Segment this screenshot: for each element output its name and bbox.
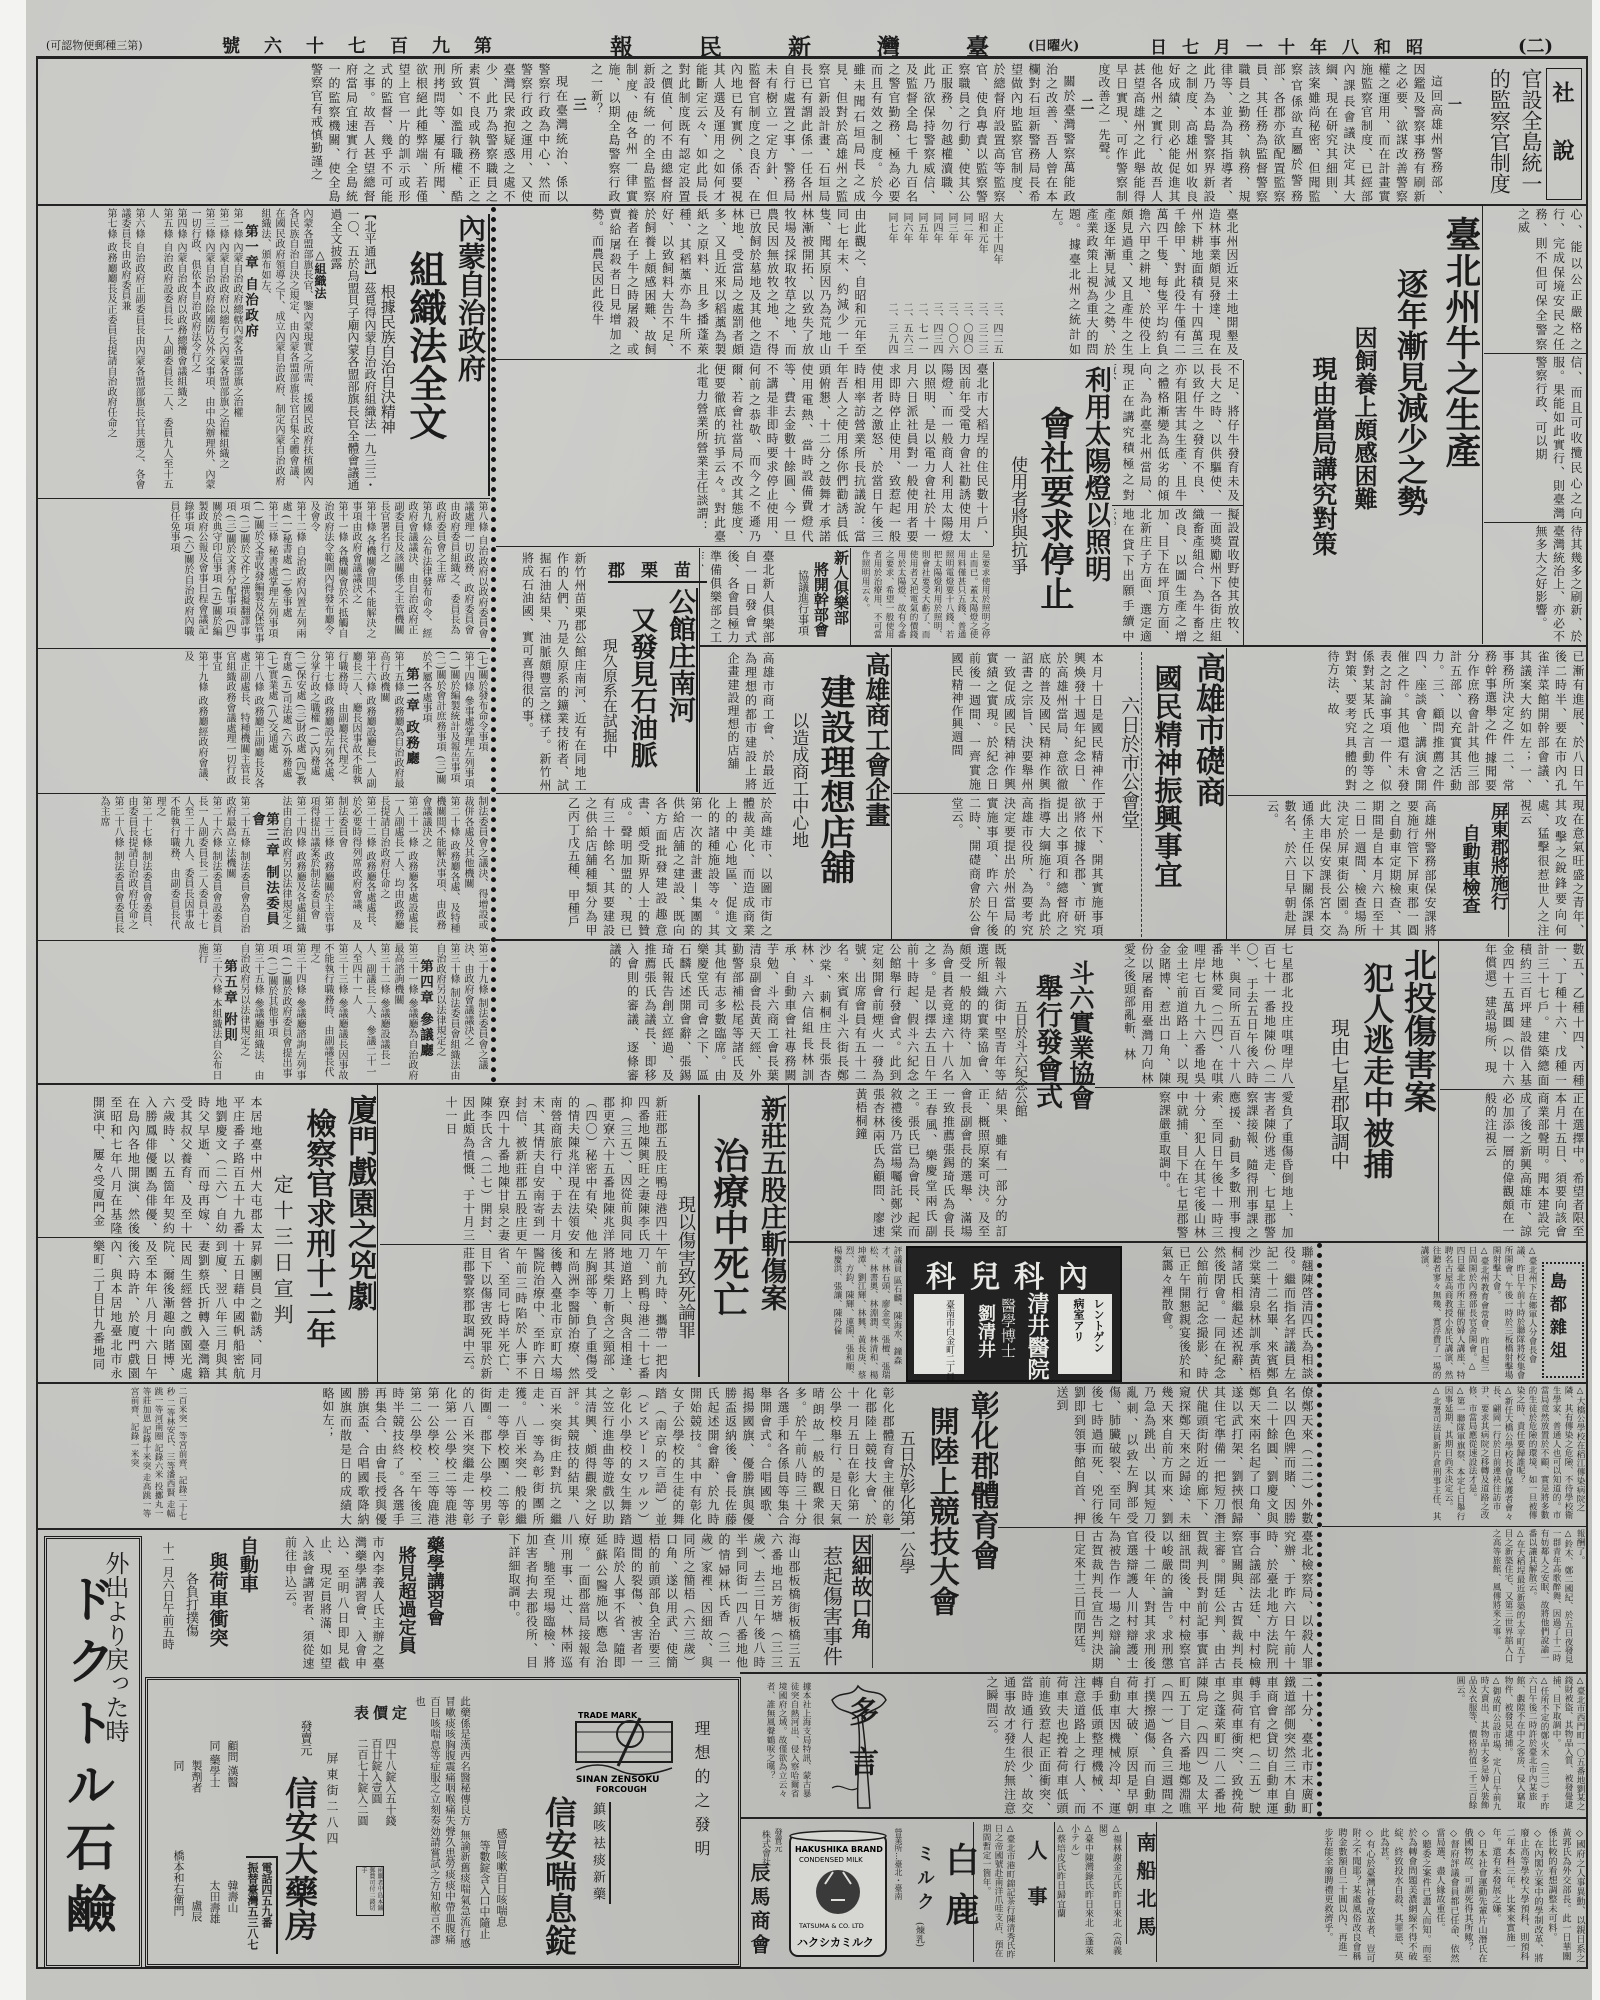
rule-jinji [1054, 1822, 1055, 1962]
editorial-section-number: 二 [1077, 63, 1095, 203]
club-headline-1: 新人俱樂部 [833, 550, 849, 644]
rule-row4-v1 [1438, 941, 1439, 1241]
beitou-headline-3: 現由七星郡取調中 [1328, 948, 1349, 1236]
beitou-headline-1: 北投傷害案 [1400, 948, 1436, 1236]
newspaper-page: (二) 昭和八年十一月七日 (火曜日) 臺灣新民報 第九百七十六號 (第三種郵便… [0, 0, 1600, 2000]
law-article: 第三十三條 參議廳議長因事故不能執行職務時、由副議長代理之 [306, 943, 348, 1081]
sinan-ad: 理想的之發明 TRADE MARK SINAN ZENSOKU FORCOUGH… [145, 1677, 741, 1967]
sun-lamp-headline-3: 使用者將與抗爭 [1008, 366, 1026, 644]
car-collision-headline-2: 與荷車衝突 [207, 1536, 228, 1672]
table-year: 同二年 [959, 212, 974, 244]
law-article: 第二十九條 制法委員會之議決、由政府會議議決之 [460, 943, 488, 1081]
car-collision-body-start: 十一月六日午前五時 [161, 1536, 174, 1672]
inner-mongolia-subtitle: 根據民族自治自決精神 [380, 214, 396, 496]
editorial-title: 官設全島統一 的監察官制度 [1466, 68, 1542, 202]
law-article: 第十一條 各機關會於不抵觸自治政府法令範圍內得發布廳令及會令 [306, 501, 348, 645]
changhua-headline: 彰化郡體育會 開陸上競技大會 五日於彰化第一公學 [900, 1390, 998, 1670]
rule-row5-xz [380, 1244, 670, 1245]
sinan-staff-role-3: 製劑者 [188, 1760, 204, 1793]
law-article: 第二十四條 政務廳及各處組織法由自治政府另以法律規定之 [278, 796, 306, 938]
law-chapter-4: 第四章 參議廳 [418, 943, 432, 1081]
rule-row2-mid [496, 359, 1242, 360]
rule-row6-bottom [36, 1528, 900, 1530]
douliu-headline-3: 五日於斗六紀念公館 [1012, 960, 1026, 1238]
cattle-stats-table: 大正十四年三、四二五 昭和元年三、三二三 同二年三、〇四〇 同三年三、〇〇六 同… [872, 212, 1004, 356]
cattle-headline-3: 因飼養上頗感困難 [1351, 216, 1376, 644]
douliu-body-3: 聯翹陳啓清四氏為相談役。繼而指名評議員左記二十二名畢、來賓鄭沙棠葉清泉林訓承黃梧… [1125, 1246, 1315, 1380]
sun-lamp-body: 臺北市大稻埕的住民數十戶、因前年受電力會社勸誘使用太陽燈、而一般商人利用太陽燈以… [498, 363, 990, 543]
tagen-column: 多言 據本社上海支局特訊、蒙古暴徒突自熱河出、侵入察哈爾省境國府之域。故僅欲為立… [742, 1676, 896, 1814]
kaohsiung-shops-body-1: 高雄市商工會、於最近為理想的都市建設上將企畫建設理想的店舖 [702, 652, 776, 791]
xiamen-headline-3: 定十三日宣判 [271, 1094, 293, 1380]
law-article: 第九條 公布法律發布命令、經政府會議議決、由自治政府正副委員長及該關係之主管機關… [376, 501, 432, 645]
clinic-doctor: 劉清井 [972, 1304, 998, 1358]
pharmacy-headline-2: 將見超過定員 [396, 1536, 415, 1670]
douliu-headline-2: 舉行發會式 [1032, 960, 1061, 1238]
editorial-section-number: 一 [1445, 63, 1463, 203]
table-year: 同六年 [899, 212, 914, 244]
kaohsiung-shops-body-2: 於高雄市、以圖市街之體裁美化、而造成商業上的中心地區、促進文化的諸種施設等々。其… [498, 797, 774, 937]
rule-law-2 [38, 648, 490, 649]
kaohsiung-spirit-headline: 高雄市礎商 國民精神振興事宜 六日於市公會堂 [1108, 652, 1224, 937]
rule-law-3 [38, 793, 490, 794]
law-chapter-2: 第二章 政務廳 [404, 651, 418, 791]
note-item: ◇國府之人事異動、以親日系之黃郛氏為外交部長。此一日華關係比較的看想調整未可料。 [1544, 1822, 1586, 1964]
miaoli-label: 苗栗郡 [608, 556, 707, 583]
law-article: 第二十條 政務廳各處、及特種機關間不能解決事項、由政務會議議決之 [418, 796, 460, 938]
sinan-trademark-text: TRADE MARK [578, 1711, 638, 1720]
rule-row5-v2 [788, 1085, 789, 1382]
douliu-body-2: 結果、雖有一部分的訂正、概照原案可決。及至會長副會長的選舉、滿場一致推薦張錫琦氏… [791, 1088, 1009, 1238]
cattle-headline-2: 逐年漸見減少之勢 [1392, 216, 1425, 644]
law-article: 第十四條 參事處掌理左列事項 (一)關於編製統計及報告事項 (二)關於會計庶務事… [418, 651, 474, 791]
list-item: △鈴木、鄭二國紀、於五日夜發見一群青年高歌醉舞、因過了十二時有妨鄰人之安眠、故將… [1526, 1529, 1574, 1670]
note-item: ◇督府評議會員都已任命、依然當局選、盡人緣故重任。 [1432, 1822, 1460, 1964]
rule-toto-2 [1322, 1526, 1586, 1527]
rule-edtail-1 [1484, 353, 1586, 354]
xinzhuang-body-2: 午前九時、攜帶一把肉刀、到鴨母港二十七番地道路上、與含相逢、將其柴刀斬含之頸部、… [381, 1247, 669, 1380]
sinan-product: 信安喘息錠 [536, 1796, 582, 1956]
rule-row3-v2 [1226, 648, 1227, 939]
list-item: △臺北市港町錦記茶行陳清秀氏昨日之帝國號赴南洋爪哇支店、預在期間暫定一箇年。 [980, 1824, 1016, 1962]
table-row: 同五年二、七一一 [914, 212, 929, 354]
xinzhuang-headline: 新莊五股庄斬傷案 治療中死亡 現以傷害致死論罪 [672, 1095, 786, 1377]
beitou-body-2: 愛負了重傷昏倒地上、加害者陳份逃走、七星郡警察課接報、隨得刑事課之應援、動員多數… [1127, 1091, 1295, 1239]
toto-zatsuso-band-2: △大橋公學校在稻江傳染病院之隣、其有傳染之危險、不待學校衛生學家、普通人也可以知… [1324, 1386, 1586, 1524]
kaohsiung-spirit-body-2: 于州下、開其實施事項欲將依據各郡、市研究提出之事項和總督府之指導大綱施行。為此於… [895, 797, 1105, 937]
quarrel-headline-2: 惹起傷害事件 [820, 1534, 842, 1668]
editorial-label-box: 社說 [1546, 68, 1582, 200]
pharmacy-headline: 藥學講習會 將見超過定員 [390, 1536, 444, 1670]
list-item: △臺北州下在鄉軍人分會長會議、昨日午前十時於聯隊將校集會所開會、午後一時於三板橋… [1490, 1246, 1538, 1380]
law-article: 第十三條 秘書處掌理左列事項 (一)關於文書收發編製及保管事項 (二)關於文件之… [166, 501, 278, 645]
rule-row3-right [1228, 795, 1586, 796]
xiamen-headline-2: 檢察官求刑十二年 [301, 1094, 333, 1380]
club-headline: 新人俱樂部 將開幹部會 協議進行事項 [777, 550, 849, 644]
list-item: △臺北市西門町一〇五番地劉某之錢財被盜、其物品入質、被發覺逮捕、目下取調中。 [1550, 1676, 1586, 1815]
toto-zatsuso-band-3: 報酬了。 △鈴木、鄭二國紀、於五日夜發見一群青年高歌醉舞、因過了十二時有妨鄰人之… [1324, 1529, 1586, 1670]
kaohsiung-shops-body-4: 正在選擇中。希望者限至本月十五日、須要向該會商業部聲明。聞本建設完成了後之新興高… [1442, 1092, 1586, 1238]
law-chapter-5: 第五章 附則 [222, 943, 236, 1081]
xiamen-body-4: 臺北檢察局、以殺人罪究辦、于昨六日午前十時、於臺北地方法院刑事合議部法廷、中村檢… [1000, 1530, 1315, 1670]
quarrel-headline: 因細故口角 惹起傷害事件 [806, 1534, 873, 1668]
frame-right [1586, 56, 1588, 1969]
inner-mongolia-part-3: (七)關於發布命令事項 第十四條 參事處掌理左列事項 (一)關於編製統計及報告事… [40, 651, 488, 791]
editorial-title-line-1: 官設全島統一 [1519, 68, 1542, 202]
changhua-headline-1: 彰化郡體育會 [966, 1390, 998, 1670]
table-count: 二、五六三 [899, 302, 914, 355]
note-item: ◇聽委之案件已盡人而知。而至於為轉會問題美濃網線不得不破綻、終致投水自殺、其罪惡… [1376, 1822, 1432, 1964]
miaoli-body: 新竹州苗栗郡公館庄南河、近有在同地工作的人們、乃是久原系的鑛業技術者、試掘石油結… [498, 552, 588, 792]
sinan-postage-note: 函購者中島本舖郵費可付二錢切手 [356, 1866, 384, 1916]
club-body-continued: 已漸有進展、於八日午後二時半、要在市內孔雀洋菜館開幹部會議、其議案大約如左；一、… [1230, 650, 1586, 792]
list-item: △任所不定的鄭火木（三二）于昨六日午後二時許於臺北市內某旅館、覷隙不在中之客房、… [1502, 1676, 1550, 1815]
milk-can-brand: HAKUSHIKA BRAND [795, 1845, 883, 1854]
rule-row8-bottom [740, 1817, 1586, 1819]
issue-number: 第九百七十六號 [222, 32, 516, 58]
table-year: 昭和元年 [974, 212, 989, 254]
toto-zatsuso-band-1: △臺北州下在鄉軍人分會長會議、昨日午前十時於聯隊將校集會所開會、午後一時於三板橋… [1324, 1246, 1538, 1380]
rule-law-4 [38, 940, 490, 941]
beitou-headline: 北投傷害案 犯人逃走中被捕 現由七星郡取調中 [1298, 948, 1436, 1236]
douliu-councilors: 評議員 區石麟、陳海水、鐘森才、林石頭、廖金堂、張檀、張瑞松、林書奧、林淵潤、林… [791, 1246, 903, 1380]
table-year: 同四年 [929, 212, 944, 244]
pharmacy-headline-1: 藥學講習會 [425, 1536, 444, 1670]
clinic-xray-box: レントゲン 病室アリ [1058, 1294, 1112, 1374]
frame-left [36, 56, 38, 1969]
milk-ad: 白鹿 ミルク (煉乳) 營業所…臺北・臺南 HAKUSHIKA BRAND CO… [745, 1822, 971, 1964]
xinzhuang-headline-2: 治療中死亡 [709, 1095, 748, 1377]
milk-seller-label: 發賣元 [773, 1828, 784, 1852]
toto-zatsuso-label: 島都雜俎 [1544, 1264, 1577, 1364]
editorial-section-text: 這回高雄州警務部、因鑑及警察事務有刷新之必要、欲謀改善警察權之運用、而在計畫實施… [1095, 63, 1445, 203]
car-collision-headline-1: 自動車 [237, 1536, 258, 1672]
toto-zatsuso-band-4: △臺北市西門町一〇五番地劉某之錢財被盜、其物品入質、被發覺逮捕、目下取調中。 △… [1324, 1676, 1586, 1815]
clinic-address-box: 臺南市白金町二丁目 [914, 1294, 964, 1374]
law-chapter-3: 第三章 制法委員會 [250, 796, 278, 938]
pingtung-body: 高雄州警務部保安課將要施行管下屏東郡一圓之自動車定期檢查、其期間是自本月六日至十… [1230, 800, 1438, 937]
douliu-body-1: 既報斗六街中堅青年等選所組織的實業協會、頗受一般的期待、加入為會員者竟達六十八名… [498, 943, 1008, 1082]
law-article: 第二十二條 政務廳各處處長、於必要時得列席政府會議、及制法委員會 [334, 796, 376, 938]
clinic-ad: 內科兒科 レントゲン 病室アリ 清井醫院 醫學博士 劉清井 臺南市白金町二丁目 [906, 1246, 1122, 1382]
changhua-headline-3: 五日於彰化第一公學 [900, 1390, 915, 1670]
law-article: 第二十六條 制法委員會設委員長一人副委員長二人委員十七人至二十九人、委員長因事故… [152, 796, 222, 938]
table-count: 三、〇〇六 [944, 302, 959, 355]
miaoli-headline-2: 又發見石油脈 [627, 588, 656, 792]
soap-ad: 外出より戻った時 ドクトル石鹼 [44, 1536, 142, 1968]
editorial-label: 社說 [1547, 69, 1582, 197]
law-article: 第二十一條 政務廳各處設處長一人副處長一人、均由政務廳長提請自治政府任命之 [376, 796, 418, 938]
sun-lamp-note: 是要求使用於照明之停止而已。蓋太陽燈之使用料僅甚只五錢、普通照明電燈要十八錢、若… [853, 550, 991, 643]
douliu-headline: 斗六實業協會 舉行發會式 五日於斗六紀念公館 [1012, 960, 1094, 1238]
rule-club-note [850, 548, 851, 645]
sinan-indication-2: 等數錠含入口中隨止 [476, 1840, 492, 1939]
xiamen-body-3: 僚鄭天來（二二）外數名以四色牌而賭、因勝負二十餘圓、劉慶文與鄭天來兩名起了口角、… [1000, 1386, 1315, 1525]
sinan-price-title: 定價表 [354, 1702, 411, 1723]
law-article: 第八條 自治政府以政府委員會議處理一切政務、政府委員會由政府委員組織之、委員長為… [432, 501, 488, 645]
law-article: 第一條 內蒙自治政府總轄內蒙各盟部旗之治權 [229, 208, 243, 496]
sinan-brand-en: SINAN ZENSOKU [576, 1775, 659, 1785]
editorial-continued-3: 待其幾多之刷新、於臺灣統治上、亦必不無多大之好影響。 [1486, 525, 1584, 643]
beitou-body-1: 七星郡北投庄唭哩岸八百七十一番地陳份（二〇）、于去五日午後六時半、與同所五百八十… [1097, 943, 1295, 1085]
kaohsiung-spirit-headline-1: 高雄市礎商 [1191, 652, 1224, 937]
issue-date: 昭和八年十一月七日 [1150, 33, 1438, 58]
table-row: 昭和元年三、三二三 [974, 212, 989, 354]
sinan-staff-role-2: 同 藥學士 [206, 1740, 222, 1788]
list-item: △蔡培皮氏昨日歸宜蘭 [1057, 1824, 1067, 1962]
rule-row5-xm [38, 1237, 264, 1238]
miaoli-headline-1: 公館庄南河 [665, 588, 698, 792]
frame-bottom [36, 1967, 1588, 1969]
sinan-seller: 信安大藥房 [276, 1776, 323, 1941]
sinan-staff-name-1: 韓壽山 [224, 1880, 240, 1913]
law-article: 第四條 內蒙自治政府以政務總攬會議組織之 [173, 208, 187, 496]
rule-row6-right [998, 1527, 1318, 1528]
table-row: 同七年二、三九四 [884, 212, 899, 354]
xinzhuang-headline-1: 新莊五股庄斬傷案 [757, 1095, 786, 1377]
postal-license: (第三種郵便物認可) [46, 37, 143, 53]
law-article: 第六條 自治政府正副委員長由內蒙各盟部旗長官共選之、各會議委員長由政府委員兼 [117, 208, 145, 496]
club-body-ending: 現在意氣旺盛之青年、其攻擊之銳鋒要向何處、猛擊很惹世人之注視云 [1510, 799, 1586, 937]
sinan-staff-name-3: 盧辰 [188, 1900, 204, 1922]
inner-mongolia-part-5: 第二十九條 制法委員會之議決、由政府會議議決之 第三十條 制法委員會組織法由自治… [40, 943, 488, 1081]
sinan-contact-box: 電話四五九番 振替臺灣五三八七 [246, 1856, 278, 1954]
law-article: 第二十八條 制法委員會委員長為主席 [96, 796, 124, 938]
right-paper-margin [1592, 0, 1600, 2000]
editorial-section-text: 現在臺灣統治、係以警察行政為中心、然而警察行政之運用、又使臺灣民衆抱疑惑之處不少… [307, 63, 570, 203]
pingtung-headline-2: 自動車檢查 [1460, 802, 1479, 937]
sun-lamp-headline-1: 利用太陽燈以照明 [1081, 366, 1110, 644]
list-item: △北署司法員新片倉刑事主任、其 [1430, 1386, 1442, 1524]
changhua-headline-2: 開陸上競技大會 [924, 1390, 956, 1670]
sinan-phone: 電話四五九番 [258, 1862, 274, 1928]
table-count: 二、七一一 [914, 302, 929, 355]
rule-miaoli [699, 548, 700, 793]
sinan-tagline: 鎮咳袪痰新藥 [588, 1802, 611, 1904]
sun-lamp-headline-2: 會社要求停止 [1035, 366, 1072, 644]
kaohsiung-shops-headline-2: 建設理想店舖 [816, 652, 854, 937]
note-item: ◇有心於臺灣社會改革者、豈可附之不聞耶？某處風俗改良會稱聘金數額自二十圓以內、再… [1320, 1822, 1376, 1964]
sinan-trademark-icon: TRADE MARK SINAN ZENSOKU FORCOUGH [568, 1708, 680, 1794]
law-article: 第十二條 自治政府內置左列兩處 (一)秘書處 (二)參事處 [278, 501, 306, 645]
jinji-label: 人事 [1022, 1840, 1051, 1932]
milk-product: ミルク [911, 1844, 937, 1916]
table-count: 三、四二五 [989, 302, 1004, 355]
rule-row3-left [496, 793, 776, 794]
law-chapter-1: 第一章 自治政府 [243, 208, 257, 496]
car-collision-headline-3: 各負打撲傷 [183, 1536, 197, 1672]
rule-sun-head [993, 362, 994, 546]
cattle-body-2: 由此觀之、自昭和元年至同七年末、約減少一千隻、聞其原因乃為荒地山林漸被開拓、以致… [498, 208, 868, 356]
law-article: 第二十五條 制法委員會為自治政府最高立法機關 [222, 796, 250, 938]
miaoli-headline-3: 現久原系在試掘中 [602, 588, 618, 792]
soap-product: ドクトル石鹼 [51, 1573, 123, 1945]
nansen-hokuba-label: 南船北馬 [1126, 1832, 1160, 1944]
cattle-body-4: 擬設置收野使其放牧、一面獎勵州下各街庄組織畜產組合、為牛畜之改良、以圖生產之增加… [1114, 508, 1241, 643]
list-item: 報酬了。 [1574, 1529, 1586, 1670]
douliu-headline-1: 斗六實業協會 [1067, 960, 1094, 1238]
clinic-name: 清井醫院 [1022, 1292, 1053, 1380]
table-row: 同六年二、五六三 [899, 212, 914, 354]
table-row: 同三年三、〇〇六 [944, 212, 959, 354]
sinan-transfer: 振替臺灣五三八七 [244, 1862, 260, 1950]
note-item: ◇在內閣立案中的學制改革、將廢止高等學校大學預科、則預科二年本科三年。比案來實施… [1488, 1822, 1544, 1964]
table-count: 二、三九四 [884, 302, 899, 355]
left-paper-margin [0, 0, 26, 2000]
list-item: △臺北州教育會常會、昨日起三日間開於內務部長官舍開會。△四日臺北市所主催的婦人講… [1418, 1246, 1490, 1380]
sun-lamp-headline: 利用太陽燈以照明 會社要求停止 使用者將與抗爭 [996, 366, 1110, 644]
sinan-staff-name-2: 太田壽雄 [206, 1880, 222, 1924]
xiamen-body-2: 昇劇團員之勸誘、同月十五日藉中國帆船密航到廈、翌八年三月與其妻劉蔡氏折轉入臺灣籍… [40, 1240, 264, 1380]
kaohsiung-shops-headline: 高雄商工會企畫 建設理想店舖 以造成商工中心地 [778, 652, 890, 937]
quarrel-body: 海山郡板橋街板橋三五六番地呂芳塘（三三歲）、去三日午後八時半到同街一四八番地他的… [446, 1533, 802, 1669]
cattle-headline-4: 現由當局講究對策 [1310, 216, 1337, 644]
nansen-hokuba-list: △福林謝金元氏昨日來北（高義閣） △臺中陳灣錄氏昨日來北（蓬萊小テル） △蔡培皮… [1057, 1824, 1123, 1962]
page-number: (二) [1518, 32, 1553, 58]
list-item: △第一聯隊軍旗祭、本定七日舉行因事延期、其期日尚未決定云。 [1442, 1386, 1466, 1524]
milk-maker: TATSUMA & CO. LTD [798, 1922, 864, 1930]
inner-mongolia-headline: 內蒙自治政府 組織法全文 根據民族自治自決精神 [380, 214, 490, 496]
rule-cow-body [1112, 505, 1243, 506]
law-article: 第十條 各機關會間不能解決之事項由政府會議議決之 [348, 501, 376, 645]
sinan-staff-role-4: 同 [170, 1760, 186, 1771]
xinzhuang-headline-3: 現以傷害致死論罪 [676, 1095, 700, 1377]
law-article: 第三十條 制法委員會組織法由自治政府另以法律規定之 [432, 943, 460, 1081]
table-year: 同五年 [914, 212, 929, 244]
law-article: 第三十二條 參議廳設議長一人、副議長二人、參議二十一人至四十一人 [348, 943, 390, 1081]
table-count: 三、〇四〇 [959, 302, 974, 355]
law-article: 第三條 內蒙自治政府除國防及外交事項、由中央辦理外、內蒙一切行政、俱依本自治政府… [187, 208, 215, 496]
kaohsiung-shops-body-3: 數五、乙種十四、丙種一、丁種十六、戊種一計三十七戶。建築總面積約三百坪建設借入基… [1442, 943, 1586, 1087]
law-article: 第二條 內蒙自治政府以總有之內蒙各盟部旗之治權組織之 [215, 208, 229, 496]
inner-mongolia-title: 組織法全文 [405, 214, 446, 496]
rule-row4-beitou [1095, 1087, 1295, 1088]
rule-cow-head-left [1243, 360, 1244, 645]
table-count: 三、四三四 [929, 302, 944, 355]
rule-row4-bottom [36, 1083, 1095, 1085]
rule-row2-bottom [700, 645, 1588, 647]
law-preamble: 內蒙各盟部旗長官、鑒內蒙現實之所需、援國民政府扶植國內各民族自治自決之規定、由內… [257, 208, 313, 496]
tagen-title: 多言 [838, 1696, 882, 1796]
editorial-continued-1: 心、能以公正嚴格之行、完成保境安民之任務、則不但可保全警察之威 [1486, 208, 1584, 351]
changhua-results: 二百米突一等宮前齊、記錄二十七秒 二等林安氏、三等潘西賢 走幅跳一等河南圈 記錄… [44, 1387, 188, 1526]
sinan-description: 此藥係是漢西名醫秘傳良方 無論新舊痰喘氣急流行感冒嗽痰咳胸腹震痛咽喉痛失聲久患勞… [406, 1696, 472, 1954]
list-item: △大橋公學校在稻江傳染病院之隣、其有傳染之危險、不待學校衛生學家、普通人也可以知… [1514, 1386, 1586, 1524]
law-article: (七)關於發布命令事項 [474, 651, 488, 791]
beitou-headline-2: 犯人逃走中被捕 [1358, 948, 1391, 1236]
milk-company: 辰馬商會 [745, 1862, 774, 1958]
sinan-address: 屏東街二八四 [324, 1752, 341, 1848]
law-article: 第三十四條 參議廳諮詢左列事項 (一)關於政府委員會提出事項 (二)關於其他事項 [264, 943, 306, 1081]
sinan-price-2: 百廿錠入壹圓 [368, 1738, 384, 1804]
rule-row4-shop [1440, 1089, 1586, 1090]
sinan-indication-1: 感冒咳嗽百日咳喘息 [493, 1828, 509, 1927]
short-notes: ◇國府之人事異動、以親日系之黃郛氏為外交部長。此一日華關係比較的看想調整未可料。… [1160, 1822, 1586, 1964]
inner-mongolia-part-1: 【北平通訊】茲覓得內蒙自治政府組織法一九三三・一〇、五於烏盟貝子廟內蒙各盟部旗長… [40, 208, 378, 496]
list-item: △新任大橋公學校長會保護者會々長、翩岡一行於日前連袂往訪市尹、要求其病院之移轉及… [1466, 1386, 1514, 1524]
pharmacy-body: 市內李義人氏主辦之臺灣藥學講習會、入會申込、至明八日即見截止、現定員將滿、如望入… [262, 1536, 386, 1670]
law-article: 第三十五條 參議廳組織法、由自治政府另以法律規定之 [236, 943, 264, 1081]
cattle-headline-1: 臺北州牛之生產 [1441, 216, 1480, 644]
law-article: 第二十三條 政務廳關於主管事項得提出議案於制法委員會 [306, 796, 334, 938]
law-article: 第七條 政務廳廳長及正委員長提請自治政府任命之 [103, 208, 117, 496]
clinic-address: 臺南市白金町二丁目 [943, 1300, 956, 1381]
pingtung-headline: 屏東郡將施行 自動車檢查 [1440, 802, 1509, 937]
list-item: △御成町公設市場、定八日午前九時大賣出、其物品大多是婦人裝飾品及衣服等、價格約值… [1454, 1676, 1502, 1815]
xiamen-headline-1: 廈門戲園之兇劇 [343, 1094, 376, 1380]
law-article: 第三十六條 本組織法自公布日施行 [194, 943, 222, 1081]
milk-can-kana: ハクシカミルク [797, 1936, 874, 1949]
editorial-body: 一 這回高雄州警務部、因鑑及警察事務有刷新之必要、欲謀改善警察權之運用、而在計畫… [40, 63, 1462, 203]
law-article: 第十六條 政務廳設廳長一人副廳長二人、廳長因事故不能執行職務時、由副廳長代理之 [334, 651, 376, 791]
clinic-xray-line-1: レントゲン [1090, 1298, 1106, 1353]
cattle-headline: 臺北州牛之生產 逐年漸見減少之勢 因飼養上頗感困難 現由當局講究對策 [1246, 216, 1480, 644]
table-year: 同三年 [944, 212, 959, 244]
sinan-price-3: 二百七十錠入二圓 [354, 1738, 370, 1826]
milk-can-type: CONDENSED MILK [799, 1856, 863, 1864]
inner-mongolia-part-2: 第八條 自治政府以政府委員會議處理一切政務、政府委員會由政府委員組織之、委員長為… [40, 501, 488, 645]
toto-zatsuso-label-box: 島都雜俎 [1542, 1262, 1584, 1378]
law-article: 第十九條 政務廳經政府會議、及 [180, 651, 208, 791]
law-section-label: △組織法 [313, 208, 327, 496]
rule-row3-spirit [893, 793, 1105, 794]
kaohsiung-spirit-body-1: 本月十日是國民精神作興煥發十週年紀念日、於高雄州當局、意欲徹底的普及國民精神作興… [895, 652, 1105, 791]
rule-row5-mid [788, 1241, 1586, 1243]
rule-law-1 [38, 498, 490, 499]
rule-row5-v1 [377, 1085, 378, 1382]
editorial-section-text: 關於臺灣警察萬能政治之改善、吾人曾在本欄對石垣新警務局長希望做內地監察官制度、於… [587, 63, 1077, 203]
club-headline-3: 協議進行事項 [797, 550, 809, 644]
rule-sun-bottom [496, 546, 993, 547]
milk-sales: 營業所…臺北・臺南 [893, 1828, 904, 1900]
table-row: 大正十四年三、四二五 [989, 212, 1004, 354]
inner-mongolia-headline-main: 內蒙自治政府 [455, 214, 490, 496]
law-article: 第十八條 政務廳正副廳長及各處正副處長、特種機關主管長官組織政務會議處理一切行政… [208, 651, 264, 791]
car-collision-body: 二十分、臺北市末廣町鐵道部側突然三木自動車商會之貸切自動車運轉手官有杷（二五）駛… [900, 1676, 1315, 1815]
list-item: △福林謝金元氏昨日來北（高義閣） [1095, 1824, 1123, 1962]
list-item: △臺中陳灣錄氏昨日來北（蓬萊小テル） [1067, 1824, 1095, 1962]
cattle-body-1: 臺北州因近來土地開墾及造林事業頗見發達、現在州下耕地面積有十四萬三千餘甲、對此役… [1008, 208, 1240, 356]
kaohsiung-shops-headline-1: 高雄商工會企畫 [863, 652, 890, 937]
table-year: 大正十四年 [989, 212, 1004, 265]
milk-company-type: 株式會社 [759, 1830, 772, 1866]
sinan-brand-en2: FORCOUGH [596, 1785, 647, 1794]
law-article: 第三十一條 參議廳為自治政府最高諮詢機關 [390, 943, 418, 1081]
table-row: 同二年三、〇四〇 [959, 212, 974, 354]
inner-mongolia-part-4: 制法委員會之議決、得增設或裁併各處及其他機關 第二十條 政務廳各處、及特種機關間… [40, 796, 488, 938]
masthead-rule [36, 56, 1588, 59]
club-headline-2: 將開幹部會 [813, 550, 829, 644]
clinic-xray-line-2: 病室アリ [1070, 1298, 1086, 1342]
kaohsiung-spirit-headline-3: 六日於市公會堂 [1119, 652, 1143, 937]
milk-type: (煉乳) [913, 1922, 926, 1947]
editorial-title-line-2: 的監察官制度 [1488, 68, 1511, 202]
chain-divider-toto [1317, 1243, 1322, 1817]
pingtung-headline-1: 屏東郡將施行 [1489, 802, 1508, 937]
rule-edtail-2 [1484, 522, 1586, 523]
sinan-staff-name-4: 橋本和右衛門 [170, 1850, 186, 1916]
rule-row3-bottom [494, 939, 1588, 941]
sinan-staff-role-1: 顧問 漢醫 [224, 1740, 240, 1788]
table-row: 同四年三、四三四 [929, 212, 944, 354]
clinic-degree: 醫學博士 [998, 1298, 1019, 1358]
car-collision-headline: 自動車 與荷車衝突 各負打撲傷 十一月六日午前五時 [154, 1536, 258, 1672]
law-article: 第十五條 政務廳為自治政府最高行政機關 [376, 651, 404, 791]
changhua-body: 彰化郡體育會主催的彰化郡陸上競技大會、於十一月五日在彰化第一公學校舉行、是日天氣… [190, 1387, 896, 1526]
kaohsiung-spirit-headline-2: 國民精神振興事宜 [1151, 652, 1181, 937]
note-item: ◇日本社會運動先輩片山潛氏在俄國物故。可謂死得其所歟？ [1460, 1822, 1488, 1964]
miaoli-headline: 公館庄南河 又發見石油脈 現久原系在試掘中 [590, 588, 698, 792]
